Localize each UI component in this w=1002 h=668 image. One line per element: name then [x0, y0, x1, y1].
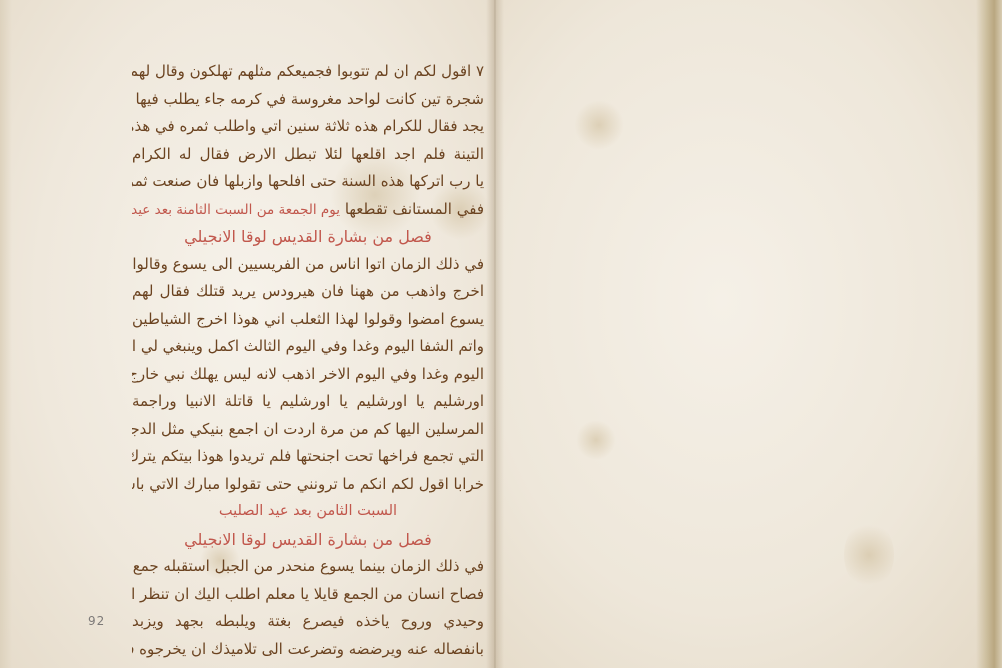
text-line: يسوع امضوا وقولوا لهذا الثعلب اني هوذا ا… — [132, 306, 484, 334]
left-page-edge — [0, 0, 12, 668]
text-line: ٧ اقول لكم ان لم تتوبوا فجميعكم مثلهم ته… — [132, 58, 484, 86]
text-line: المرسلين اليها كم من مرة اردت ان اجمع بن… — [132, 416, 484, 444]
text-line: اخرج واذهب من ههنا فان هيرودس يريد قتلك … — [132, 278, 484, 306]
rubric-title: فصل من بشارة القديس لوقا الانجيلي — [132, 223, 484, 251]
water-stain — [574, 100, 624, 150]
text-line: واتم الشفا اليوم وغدا وفي اليوم الثالث ا… — [132, 333, 484, 361]
rubric-title: فصل من بشارة القديس لوقا الانجيلي — [132, 526, 484, 554]
text-fragment: ففي المستانف تقطعها — [345, 200, 484, 218]
text-line: شجرة تين كانت لواحد مغروسة في كرمه جاء ي… — [132, 86, 484, 114]
text-line: يجد فقال للكرام هذه ثلاثة سنين اتي واطلب… — [132, 113, 484, 141]
right-page: قال الرب كل من اعطي كثيرا فان كثيرا يطلب… — [494, 0, 1002, 668]
water-stain — [576, 420, 616, 460]
water-stain — [844, 520, 894, 590]
text-line: يا رب اتركها هذه السنة حتى افلحها وازبله… — [132, 168, 484, 196]
fore-edge — [976, 0, 1002, 668]
text-line: في ذلك الزمان بينما يسوع منحدر من الجبل … — [132, 553, 484, 581]
text-line: بانفصاله عنه ويرضضه وتضرعت الى تلاميذك ا… — [132, 636, 484, 664]
left-page-text: ٧ اقول لكم ان لم تتوبوا فجميعكم مثلهم ته… — [132, 58, 484, 663]
text-line: وحيدي وروح ياخذه فيصرع بغتة ويلبطه بجهد … — [132, 608, 484, 636]
text-line: فصاح انسان من الجمع قايلا يا معلم اطلب ا… — [132, 581, 484, 609]
rubric-heading: السبت الثامن بعد عيد الصليب — [132, 498, 484, 526]
rubric-heading: يوم الجمعة من السبت الثامنة بعد عيد الصل… — [132, 202, 340, 218]
folio-number: 92 — [88, 614, 105, 628]
text-line: في ذلك الزمان اتوا اناس من الفريسيين الى… — [132, 251, 484, 279]
text-line: التينة فلم اجد اقلعها لئلا تبطل الارض فق… — [132, 141, 484, 169]
left-page: ٧ اقول لكم ان لم تتوبوا فجميعكم مثلهم ته… — [0, 0, 494, 668]
manuscript-spread: ٧ اقول لكم ان لم تتوبوا فجميعكم مثلهم ته… — [0, 0, 1002, 668]
text-line: اورشليم يا اورشليم يا اورشليم يا قاتلة ا… — [132, 388, 484, 416]
text-line: التي تجمع فراخها تحت اجنحتها فلم تريدوا … — [132, 443, 484, 471]
text-line: اليوم وغدا وفي اليوم الاخر اذهب لانه ليس… — [132, 361, 484, 389]
gutter — [486, 0, 504, 668]
text-line: خرابا اقول لكم انكم ما ترونني حتى تقولوا… — [132, 471, 484, 499]
text-line: ففي المستانف تقطعها يوم الجمعة من السبت … — [132, 196, 484, 224]
